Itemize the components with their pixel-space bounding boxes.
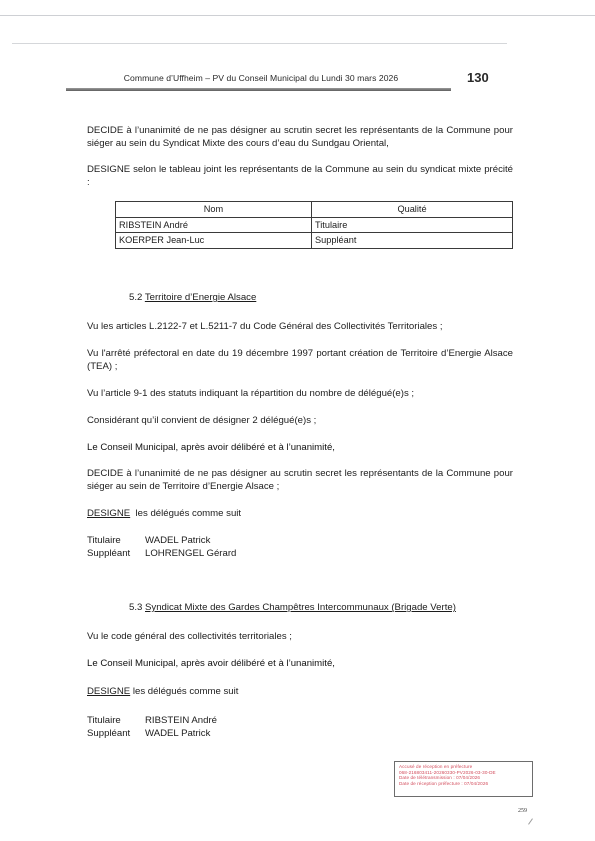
delegate-row: TitulaireWADEL Patrick	[87, 534, 210, 547]
table-row: RIBSTEIN André Titulaire	[116, 217, 513, 233]
scan-artifact-line	[0, 15, 595, 16]
delegate-name: RIBSTEIN André	[145, 715, 217, 726]
scan-artifact-line	[12, 43, 507, 44]
table-header-row: Nom Qualité	[116, 202, 513, 218]
conseil-deliberation-paragraph: Le Conseil Municipal, après avoir délibé…	[87, 441, 513, 454]
representatives-table: Nom Qualité RIBSTEIN André Titulaire KOE…	[115, 201, 513, 249]
vu-arrete-paragraph: Vu l'arrêté préfectoral en date du 19 dé…	[87, 347, 513, 373]
delegate-name: WADEL Patrick	[145, 728, 210, 739]
decide-paragraph-syndicat: DECIDE à l’unanimité de ne pas désigner …	[87, 124, 513, 150]
designe-keyword: DESIGNE	[87, 508, 130, 519]
cell-qualite: Suppléant	[312, 233, 513, 249]
cell-nom: KOERPER Jean-Luc	[116, 233, 312, 249]
initial-mark	[528, 818, 533, 824]
section-number: 5.3	[129, 602, 145, 613]
section-heading: Territoire d’Energie Alsace	[145, 292, 256, 303]
column-header-qualite: Qualité	[312, 202, 513, 218]
section-number: 5.2	[129, 292, 145, 303]
delegate-row: SuppléantWADEL Patrick	[87, 727, 210, 740]
delegate-role: Suppléant	[87, 727, 145, 740]
designe-keyword: DESIGNE	[87, 686, 130, 697]
designe-line-tea: DESIGNE les délégués comme suit	[87, 507, 513, 520]
delegate-row: TitulaireRIBSTEIN André	[87, 714, 217, 727]
stamp-line: Date de réception préfecture : 07/04/202…	[399, 781, 528, 787]
delegate-role: Titulaire	[87, 534, 145, 547]
header-rule	[66, 88, 451, 91]
cell-nom: RIBSTEIN André	[116, 217, 312, 233]
delegate-name: LOHRENGEL Gérard	[145, 548, 236, 559]
section-title-5-3: 5.3 Syndicat Mixte des Gardes Champêtres…	[129, 602, 456, 613]
vu-code-paragraph: Vu le code général des collectivités ter…	[87, 630, 513, 643]
delegate-name: WADEL Patrick	[145, 535, 210, 546]
decide-paragraph-tea: DECIDE à l’unanimité de ne pas désigner …	[87, 467, 513, 493]
designe-text: les délégués comme suit	[130, 508, 241, 519]
page-header-title: Commune d’Uffheim – PV du Conseil Munici…	[66, 73, 456, 83]
delegate-role: Titulaire	[87, 714, 145, 727]
considerant-paragraph: Considérant qu’il convient de désigner 2…	[87, 414, 513, 427]
delegate-role: Suppléant	[87, 547, 145, 560]
page-number: 130	[467, 70, 489, 85]
vu-articles-paragraph: Vu les articles L.2122-7 et L.5211-7 du …	[87, 320, 513, 333]
section-heading: Syndicat Mixte des Gardes Champêtres Int…	[145, 602, 456, 613]
designe-line-brigade-verte: DESIGNE les délégués comme suit	[87, 685, 513, 698]
prefecture-receipt-stamp: Accusé de réception en préfecture 068-21…	[394, 761, 533, 797]
table-row: KOERPER Jean-Luc Suppléant	[116, 233, 513, 249]
section-title-5-2: 5.2 Territoire d’Energie Alsace	[129, 292, 256, 303]
delegate-row: SuppléantLOHRENGEL Gérard	[87, 547, 236, 560]
column-header-nom: Nom	[116, 202, 312, 218]
cell-qualite: Titulaire	[312, 217, 513, 233]
designe-text: les délégués comme suit	[130, 686, 238, 697]
vu-article-9-1-paragraph: Vu l’article 9-1 des statuts indiquant l…	[87, 387, 513, 400]
designe-paragraph-syndicat: DESIGNE selon le tableau joint les repré…	[87, 163, 513, 189]
conseil-deliberation-paragraph: Le Conseil Municipal, après avoir délibé…	[87, 657, 513, 670]
sheet-number: 259	[518, 808, 527, 814]
